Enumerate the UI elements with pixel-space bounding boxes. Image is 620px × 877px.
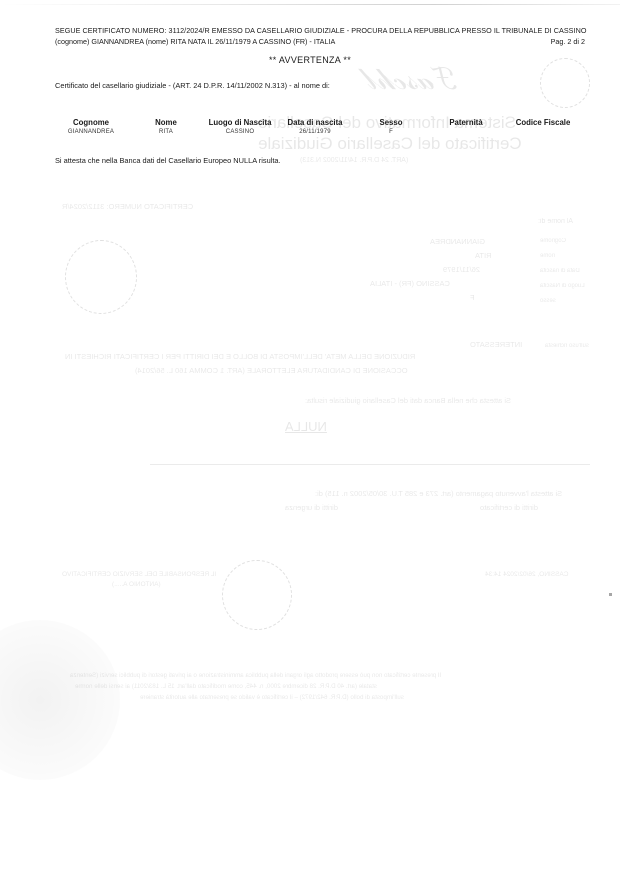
ghost-field-value: CASSINO (FR) - ITALIA <box>370 279 450 288</box>
col-header-nome: Nome <box>155 118 177 127</box>
ghost-title-art: (ART. 24 D.P.R. 14/11/2002 N.313) <box>300 157 408 164</box>
attestation-text: Si attesta che nella Banca dati del Case… <box>55 156 281 165</box>
scan-smudge <box>0 620 120 780</box>
ghost-footer-line: Il presente certificato non può essere p… <box>70 672 441 679</box>
cell-cognome: GIANNANDREA <box>68 129 114 135</box>
ghost-nulla: NULLA <box>285 419 327 434</box>
col-header-paternita: Paternità <box>449 118 482 127</box>
ghost-rule <box>150 464 590 465</box>
document-page: Sistema Informativo del Casellario Certi… <box>0 0 620 877</box>
ghost-field-label: sesso <box>540 298 556 304</box>
header-certificate-line: SEGUE CERTIFICATO NUMERO: 3112/2024/R EM… <box>55 26 586 35</box>
ghost-field-label: Luogo di Nascita <box>540 283 585 289</box>
scan-edge-line <box>0 4 620 5</box>
ghost-signer-name: (ANTONIO A.....) <box>112 581 161 588</box>
certificate-reference: Certificato del casellario giudiziale - … <box>55 81 330 90</box>
ghost-place-date: CASSINO, 26/02/2024 14:34 <box>485 571 568 578</box>
cell-sesso: F <box>389 129 393 135</box>
ghost-field-value: 26/11/1979 <box>443 265 480 274</box>
ghost-footer-line: sull'imposta di bollo (D.P.R. 642/1972) … <box>140 694 404 701</box>
col-header-codice-fiscale: Codice Fiscale <box>516 118 571 127</box>
ghost-al-nome: Al nome di: <box>538 218 573 225</box>
cell-data: 26/11/1979 <box>299 129 331 135</box>
ghost-attest-line: Si attesta che nella Banca dati del Case… <box>305 396 511 405</box>
ghost-field-label: Data di nascita <box>540 268 580 274</box>
ghost-field-label: Cognome <box>540 238 566 244</box>
col-header-sesso: Sesso <box>380 118 403 127</box>
cell-nome: RITA <box>159 129 173 135</box>
ghost-signer-title: IL RESPONSABILE DEL SERVIZIO CERTIFICATI… <box>62 571 216 578</box>
ghost-field-value: GIANNANDREA <box>430 237 485 246</box>
ghost-payment-line: Si attesta l'avvenuto pagamento (art. 27… <box>315 489 562 498</box>
ghost-cert-number: CERTIFICATO NUMERO: 3112/2024/R <box>62 202 193 211</box>
ghost-seal-bottom <box>222 560 292 630</box>
ghost-field-label: nome <box>540 253 555 259</box>
ghost-footer-line: statale (art. 40 D.P.R. 28 dicembre 2000… <box>75 683 377 690</box>
col-header-luogo: Luogo di Nascita <box>209 118 272 127</box>
ghost-purpose-label: sull'uso richiesta <box>545 343 589 349</box>
page-indicator: Pag. 2 di 2 <box>551 37 585 46</box>
ghost-signature: ℱ𝒶𝓈𝒸𝒽𝓁 <box>368 62 458 97</box>
ghost-field-value: F <box>470 293 475 302</box>
ghost-purpose-line: RIDUZIONE DELLA META' DELL'IMPOSTA DI BO… <box>65 352 415 361</box>
col-header-data: Data di nascita <box>287 118 342 127</box>
ghost-field-value: RITA <box>475 251 492 260</box>
cell-luogo: CASSINO <box>226 129 254 135</box>
scan-speck <box>609 593 612 596</box>
ghost-payment-option: diritti di certificato <box>480 503 538 512</box>
col-header-cognome: Cognome <box>73 118 109 127</box>
header-person-line: (cognome) GIANNANDREA (nome) RITA NATA I… <box>55 37 335 46</box>
ghost-purpose-line: INTERESSATO <box>470 340 522 349</box>
ghost-emblem <box>540 58 590 108</box>
ghost-payment-option: diritti di urgenza <box>285 503 338 512</box>
ghost-title-certificate: Certificato del Casellario Giudiziale <box>258 134 522 154</box>
ghost-purpose-line: OCCASIONE DI CANDIDATURA ELETTORALE (ART… <box>135 366 408 375</box>
ghost-seal-left <box>65 240 137 314</box>
warning-title: ** AVVERTENZA ** <box>0 55 620 65</box>
